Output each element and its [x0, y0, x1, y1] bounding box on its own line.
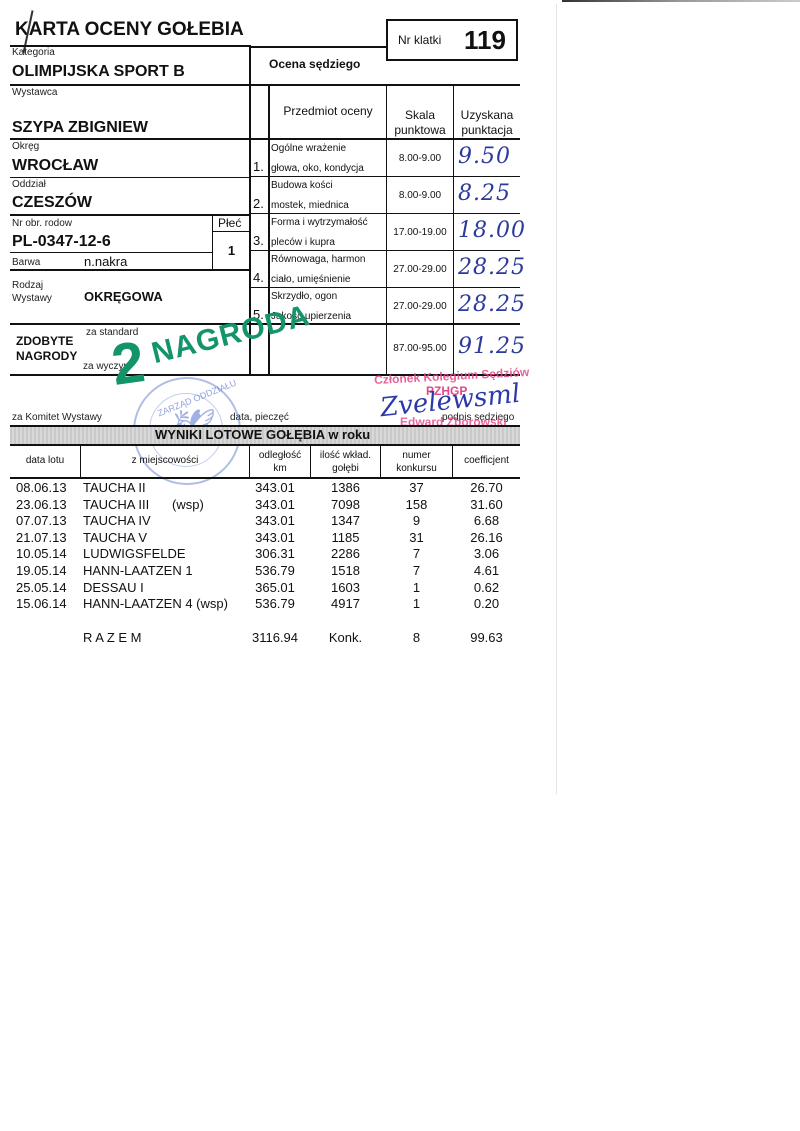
ring-value: PL-0347-12-6 — [12, 233, 111, 251]
flight-place: HANN-LAATZEN 4 (wsp) — [83, 596, 228, 611]
branch-label: Oddział — [12, 179, 46, 190]
divider — [10, 477, 520, 479]
category-label: Kategoria — [12, 47, 55, 58]
flight-coef: 31.60 — [453, 497, 520, 512]
score-header-1: Uzyskana — [454, 108, 520, 122]
exhibitor-label: Wystawca — [12, 87, 57, 98]
flight-birds: 4917 — [311, 596, 380, 611]
score-header-2: punktacja — [454, 123, 520, 137]
district-label: Okręg — [12, 141, 39, 152]
flight-birds: 2286 — [311, 546, 380, 561]
header-birds-1: ilość wkład. — [311, 450, 380, 461]
flight-distance: 343.01 — [240, 530, 310, 545]
divider — [250, 287, 520, 288]
show-type-value: OKRĘGOWA — [84, 289, 163, 304]
eval-item-scale: 27.00-29.00 — [387, 264, 453, 275]
judge-rating-label: Ocena sędziego — [269, 57, 360, 71]
scan-top-shadow — [562, 0, 800, 2]
flight-contest: 37 — [381, 480, 452, 495]
flight-distance: 306.31 — [240, 546, 310, 561]
flight-birds: 1347 — [311, 513, 380, 528]
header-place: z miejscowości — [81, 455, 249, 466]
eval-item-line1: Równowaga, harmon — [271, 254, 366, 265]
divider — [10, 138, 520, 140]
flight-date: 15.06.14 — [16, 596, 80, 611]
category-value: OLIMPIJSKA SPORT B — [12, 63, 185, 81]
results-title: WYNIKI LOTOWE GOŁĘBIA w roku — [155, 427, 370, 442]
header-date: data lotu — [10, 455, 80, 466]
eval-item-number: 1. — [253, 159, 264, 174]
flight-coef: 26.70 — [453, 480, 520, 495]
flight-note: (wsp) — [172, 497, 204, 512]
flight-date: 10.05.14 — [16, 546, 80, 561]
divider — [10, 214, 250, 216]
flight-coef: 0.62 — [453, 580, 520, 595]
header-contest-2: konkursu — [381, 463, 452, 474]
flight-coef: 3.06 — [453, 546, 520, 561]
sex-label: Płeć — [218, 216, 241, 230]
header-distance-1: odległość — [250, 450, 310, 461]
total-contest: 8 — [381, 630, 452, 645]
flight-contest: 7 — [381, 546, 452, 561]
flight-place: TAUCHA III — [83, 497, 149, 512]
total-label: R A Z E M — [83, 630, 142, 645]
flight-contest: 9 — [381, 513, 452, 528]
divider — [10, 269, 250, 271]
flight-coef: 4.61 — [453, 563, 520, 578]
flight-date: 23.06.13 — [16, 497, 80, 512]
eval-item-scale: 17.00-19.00 — [387, 227, 453, 238]
flight-distance: 343.01 — [240, 480, 310, 495]
flight-coef: 0.20 — [453, 596, 520, 611]
divider — [10, 252, 212, 253]
flight-birds: 1185 — [311, 530, 380, 545]
divider — [212, 214, 213, 269]
card-title: KARTA OCENY GOŁEBIA — [15, 19, 244, 41]
eval-item-number: 2. — [253, 196, 264, 211]
scale-header-2: punktowa — [387, 123, 453, 137]
flight-distance: 536.79 — [240, 596, 310, 611]
flight-coef: 26.16 — [453, 530, 520, 545]
divider — [10, 84, 520, 86]
flight-place: DESSAU I — [83, 580, 144, 595]
eval-item-number: 4. — [253, 270, 264, 285]
ring-label: Nr obr. rodow — [12, 218, 72, 229]
eval-item-line1: Forma i wytrzymałość — [271, 217, 368, 228]
divider — [250, 213, 520, 214]
cage-label: Nr klatki — [398, 33, 441, 47]
flight-birds: 1386 — [311, 480, 380, 495]
flight-contest: 1 — [381, 580, 452, 595]
eval-item-line2: ciało, umięśnienie — [271, 274, 351, 285]
eval-item-score: 28.25 — [458, 255, 526, 280]
flight-date: 08.06.13 — [16, 480, 80, 495]
flight-date: 19.05.14 — [16, 563, 80, 578]
committee-label: za Komitet Wystawy — [12, 412, 102, 423]
eval-item-line2: pleców i kupra — [271, 237, 335, 248]
divider — [250, 176, 520, 177]
scan-edge-line — [556, 4, 557, 794]
eval-item-scale: 8.00-9.00 — [387, 153, 453, 164]
divider — [212, 231, 250, 232]
awards-label-2: NAGRODY — [16, 349, 77, 363]
total-distance: 3116.94 — [240, 630, 310, 645]
flight-distance: 343.01 — [240, 513, 310, 528]
flight-coef: 6.68 — [453, 513, 520, 528]
cage-number-box: Nr klatki 119 — [386, 19, 518, 61]
show-type-label-2: Wystawy — [12, 293, 52, 304]
flight-place: HANN-LAATZEN 1 — [83, 563, 193, 578]
flight-contest: 7 — [381, 563, 452, 578]
header-birds-2: gołębi — [311, 463, 380, 474]
flight-date: 07.07.13 — [16, 513, 80, 528]
eval-item-score: 28.25 — [458, 292, 526, 317]
eval-item-score: 8.25 — [458, 181, 511, 206]
exhibitor-value: SZYPA ZBIGNIEW — [12, 119, 148, 137]
eval-item-line1: Ogólne wrażenie — [271, 143, 346, 154]
flight-place: TAUCHA II — [83, 480, 146, 495]
header-distance-2: km — [250, 463, 310, 474]
total-birds: Konk. — [311, 630, 380, 645]
sex-value: 1 — [213, 243, 250, 258]
branch-value: CZESZÓW — [12, 194, 92, 212]
total-coef: 99.63 — [453, 630, 520, 645]
eval-item-score: 18.00 — [458, 218, 526, 243]
award-stamp-digit: 2 — [107, 328, 148, 399]
eval-item-line1: Budowa kości — [271, 180, 333, 191]
flight-birds: 7098 — [311, 497, 380, 512]
divider — [10, 425, 520, 427]
eval-item-number: 3. — [253, 233, 264, 248]
flight-contest: 31 — [381, 530, 452, 545]
flight-contest: 158 — [381, 497, 452, 512]
flight-birds: 1518 — [311, 563, 380, 578]
divider — [10, 444, 520, 446]
divider — [250, 46, 386, 48]
eval-item-line2: mostek, miednica — [271, 200, 349, 211]
flight-distance: 365.01 — [240, 580, 310, 595]
divider — [250, 250, 520, 251]
flight-birds: 1603 — [311, 580, 380, 595]
eval-item-line2: głowa, oko, kondycja — [271, 163, 364, 174]
flight-date: 21.07.13 — [16, 530, 80, 545]
color-value: n.nakra — [84, 254, 127, 269]
color-label: Barwa — [12, 257, 40, 268]
show-type-label-1: Rodzaj — [12, 280, 43, 291]
district-value: WROCŁAW — [12, 157, 98, 175]
scale-header-1: Skala — [387, 108, 453, 122]
flight-date: 25.05.14 — [16, 580, 80, 595]
total-score: 91.25 — [458, 334, 526, 359]
flight-place: TAUCHA V — [83, 530, 147, 545]
eval-item-scale: 8.00-9.00 — [387, 190, 453, 201]
divider — [10, 177, 250, 178]
header-coef: coefficjent — [453, 455, 520, 466]
flight-distance: 536.79 — [240, 563, 310, 578]
header-contest-1: numer — [381, 450, 452, 461]
flight-place: TAUCHA IV — [83, 513, 151, 528]
flight-contest: 1 — [381, 596, 452, 611]
eval-item-score: 9.50 — [458, 144, 511, 169]
cage-number: 119 — [464, 25, 506, 56]
flight-place: LUDWIGSFELDE — [83, 546, 186, 561]
total-scale: 87.00-95.00 — [387, 343, 453, 354]
awards-label-1: ZDOBYTE — [16, 334, 73, 348]
subject-header: Przedmiot oceny — [272, 104, 384, 118]
award-stamp-word: NAGRODA — [148, 299, 313, 371]
eval-item-scale: 27.00-29.00 — [387, 301, 453, 312]
flight-distance: 343.01 — [240, 497, 310, 512]
